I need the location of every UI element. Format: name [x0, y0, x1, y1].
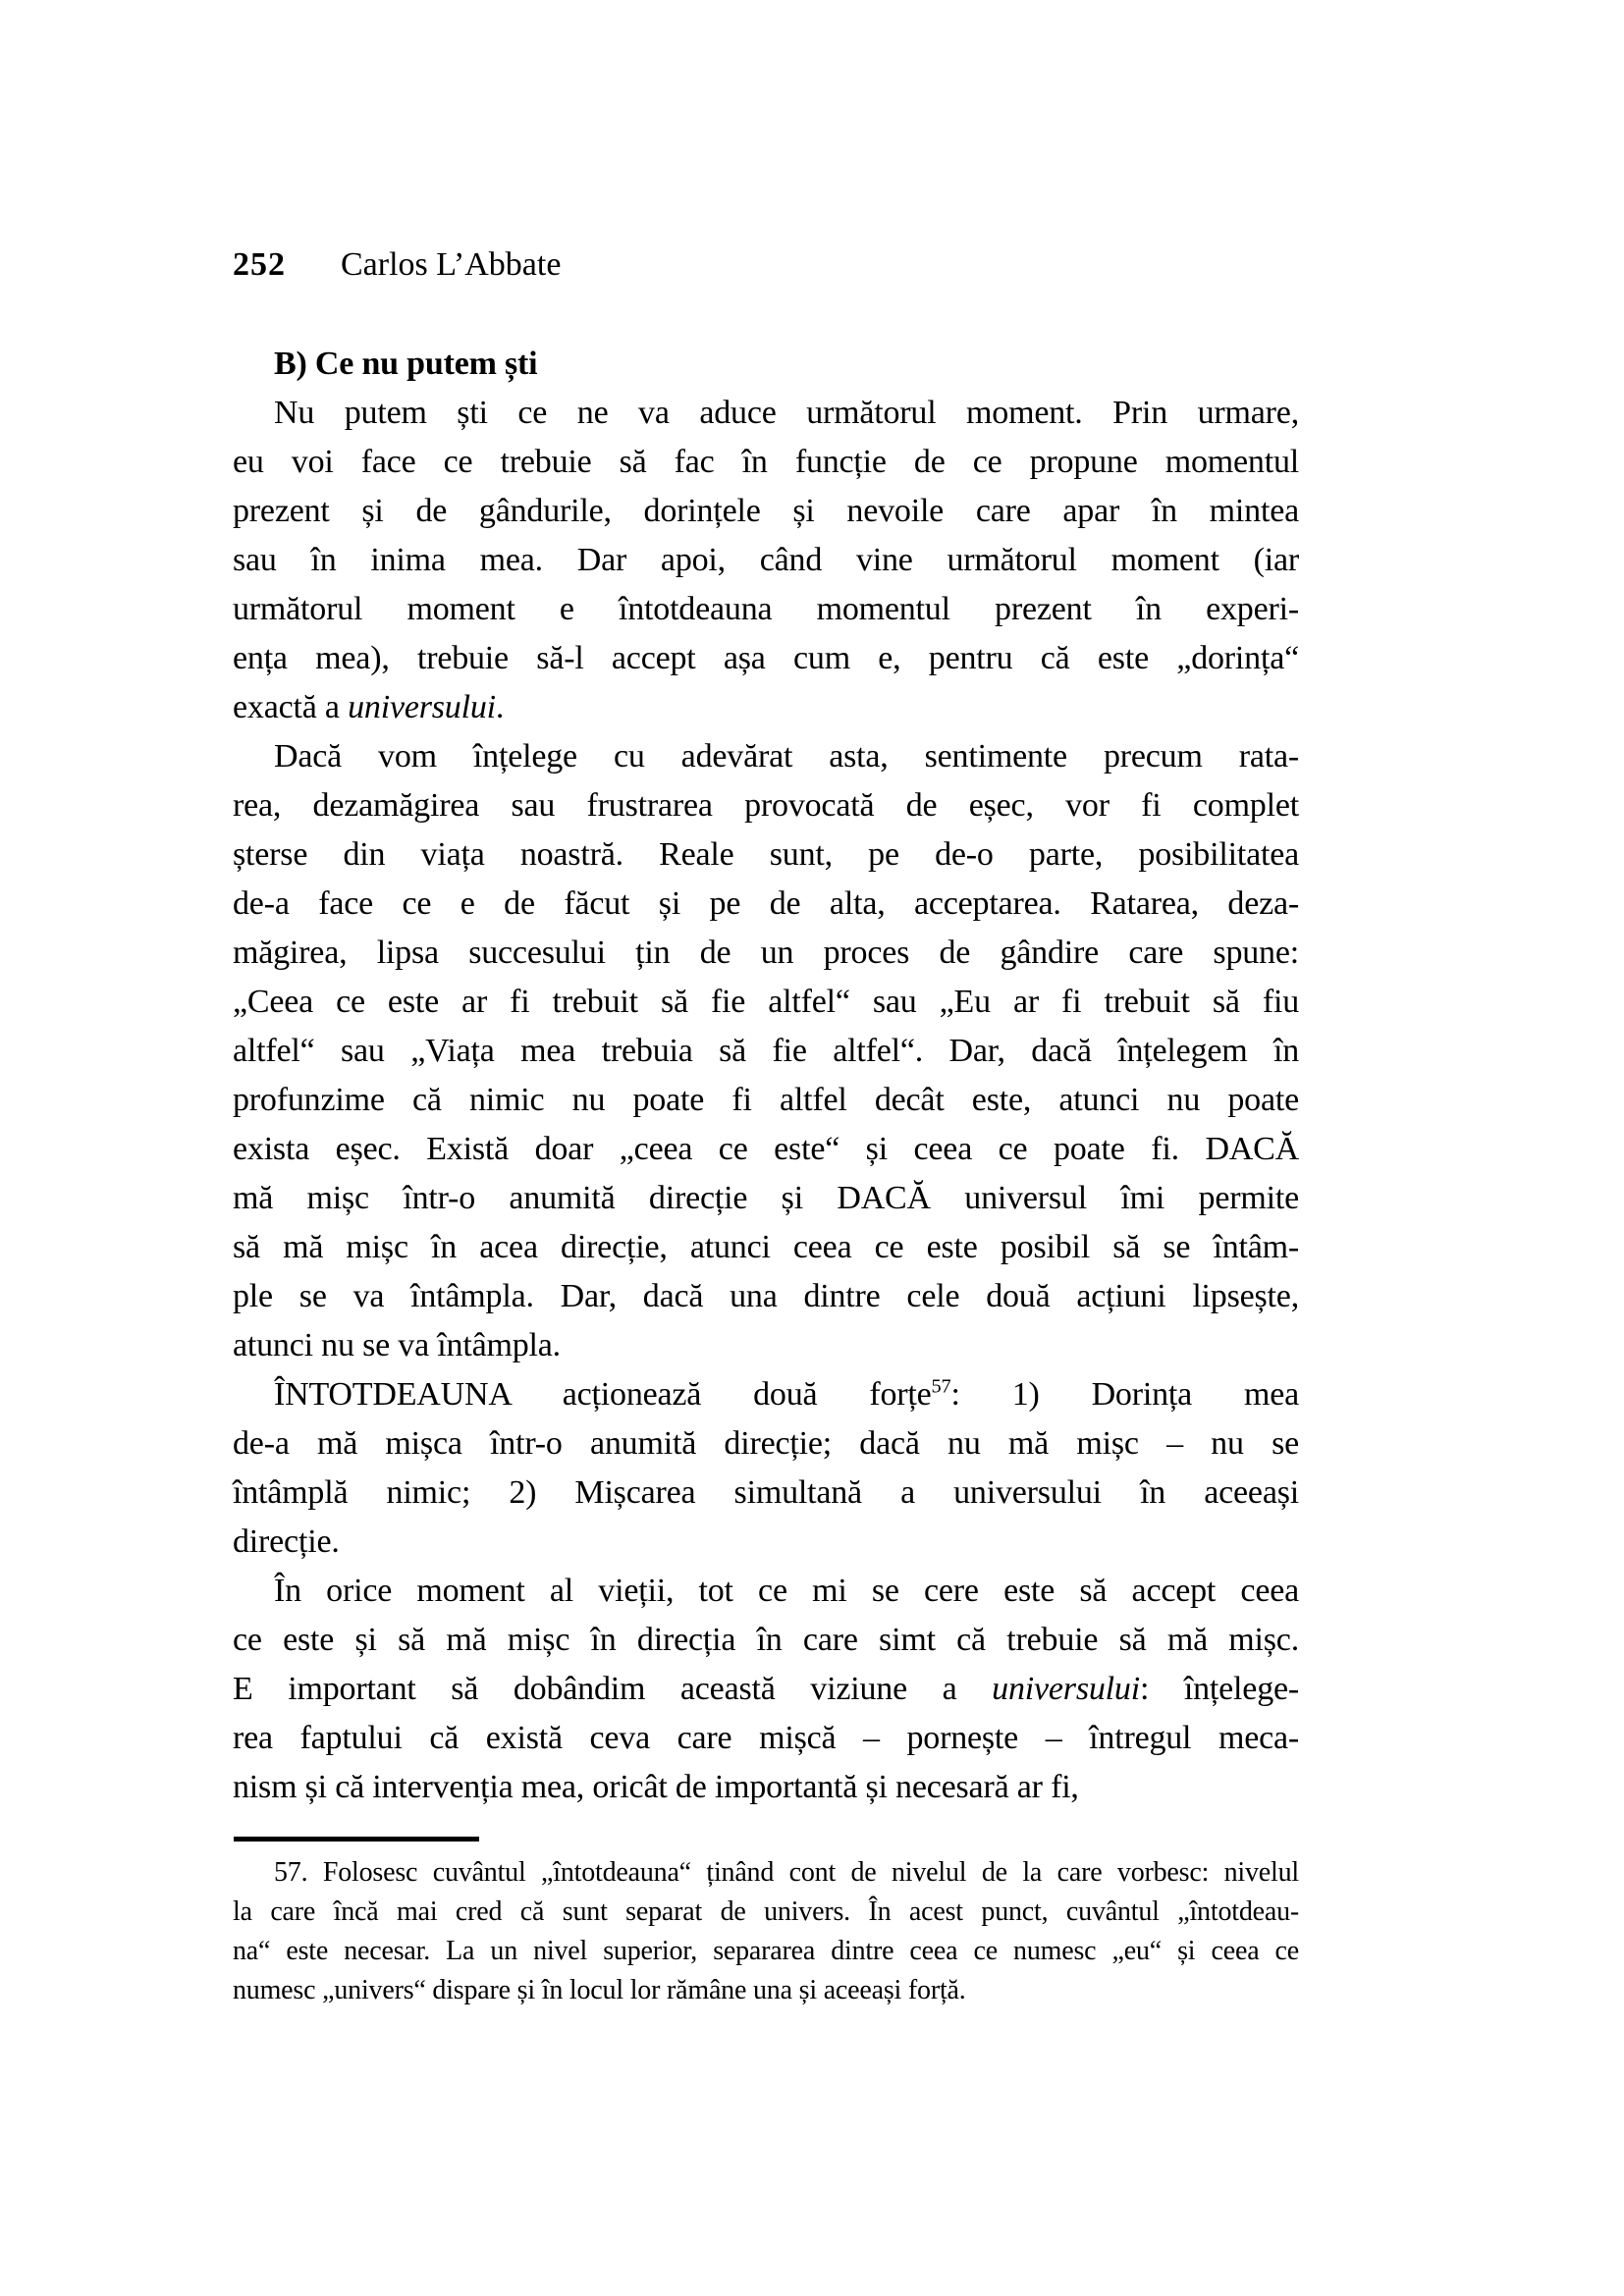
text-line: profunzime că nimic nu poate fi altfel d…	[233, 1076, 1299, 1125]
text-line: ple se va întâmpla. Dar, dacă una dintre…	[233, 1272, 1299, 1321]
footnote-lines-container: 57. Folosesc cuvântul „întotdeauna“ ținâ…	[233, 1853, 1299, 2010]
text-line: să mă mișc în acea direcție, atunci ceea…	[233, 1223, 1299, 1272]
text-line: șterse din viața noastră. Reale sunt, pe…	[233, 830, 1299, 880]
paragraph: Dacă vom înțelege cu adevărat asta, sent…	[233, 732, 1299, 1370]
footnote: 57. Folosesc cuvântul „întotdeauna“ ținâ…	[233, 1853, 1299, 2010]
text-line: exista eșec. Există doar „ceea ce este“ …	[233, 1125, 1299, 1174]
paragraph: În orice moment al vieții, tot ce mi se …	[233, 1567, 1299, 1812]
text-line: ența mea), trebuie să-l accept așa cum e…	[233, 634, 1299, 683]
paragraph: ÎNTOTDEAUNA acționează două forțe57: 1) …	[233, 1370, 1299, 1567]
body-text: B) Ce nu putem ști Nu putem ști ce ne va…	[233, 340, 1299, 1812]
text-line: 57. Folosesc cuvântul „întotdeauna“ ținâ…	[233, 1853, 1299, 1893]
text-line: următorul moment e întotdeauna momentul …	[233, 585, 1299, 634]
text-line: la care încă mai cred că sunt separat de…	[233, 1893, 1299, 1932]
text-line: rea, dezamăgirea sau frustrarea provocat…	[233, 781, 1299, 830]
text-line: mă mișc într-o anumită direcție și DACĂ …	[233, 1174, 1299, 1223]
page-number: 252	[233, 246, 286, 283]
text-line: na“ este necesar. La un nivel superior, …	[233, 1932, 1299, 1971]
text-line: direcție.	[233, 1518, 1299, 1567]
text-line: „Ceea ce este ar fi trebuit să fie altfe…	[233, 978, 1299, 1027]
footnote-rule	[234, 1837, 479, 1842]
paragraph: Nu putem ști ce ne va aduce următorul mo…	[233, 389, 1299, 732]
page-header: 252Carlos L’Abbate	[233, 245, 1299, 285]
text-line: Dacă vom înțelege cu adevărat asta, sent…	[233, 732, 1299, 781]
text-line: atunci nu se va întâmpla.	[233, 1321, 1299, 1370]
text-line: de-a mă mișca într-o anumită direcție; d…	[233, 1419, 1299, 1468]
text-line: exactă a universului.	[233, 683, 1299, 732]
text-line: În orice moment al vieții, tot ce mi se …	[233, 1567, 1299, 1616]
text-line: nism și că intervenția mea, oricât de im…	[233, 1763, 1299, 1812]
footnote-paragraph: 57. Folosesc cuvântul „întotdeauna“ ținâ…	[233, 1853, 1299, 2010]
section-heading: B) Ce nu putem ști	[233, 340, 1299, 389]
text-line: numesc „univers“ dispare și în locul lor…	[233, 1971, 1299, 2010]
book-page: { "header": { "page_number": "252", "run…	[0, 0, 1624, 2296]
text-line: prezent și de gândurile, dorințele și ne…	[233, 487, 1299, 536]
text-line: ce este și să mă mișc în direcția în car…	[233, 1616, 1299, 1665]
text-line: rea faptului că există ceva care mișcă –…	[233, 1714, 1299, 1763]
text-line: de-a face ce e de făcut și pe de alta, a…	[233, 880, 1299, 929]
running-head: Carlos L’Abbate	[341, 246, 561, 283]
text-line: E important să dobândim această viziune …	[233, 1665, 1299, 1714]
paragraphs-container: Nu putem ști ce ne va aduce următorul mo…	[233, 389, 1299, 1812]
text-line: altfel“ sau „Viața mea trebuia să fie al…	[233, 1027, 1299, 1076]
text-line: sau în inima mea. Dar apoi, când vine ur…	[233, 536, 1299, 585]
text-line: întâmplă nimic; 2) Mișcarea simultană a …	[233, 1468, 1299, 1518]
text-line: ÎNTOTDEAUNA acționează două forțe57: 1) …	[233, 1370, 1299, 1419]
text-line: eu voi face ce trebuie să fac în funcție…	[233, 438, 1299, 487]
text-line: măgirea, lipsa succesului țin de un proc…	[233, 929, 1299, 978]
text-line: Nu putem ști ce ne va aduce următorul mo…	[233, 389, 1299, 438]
